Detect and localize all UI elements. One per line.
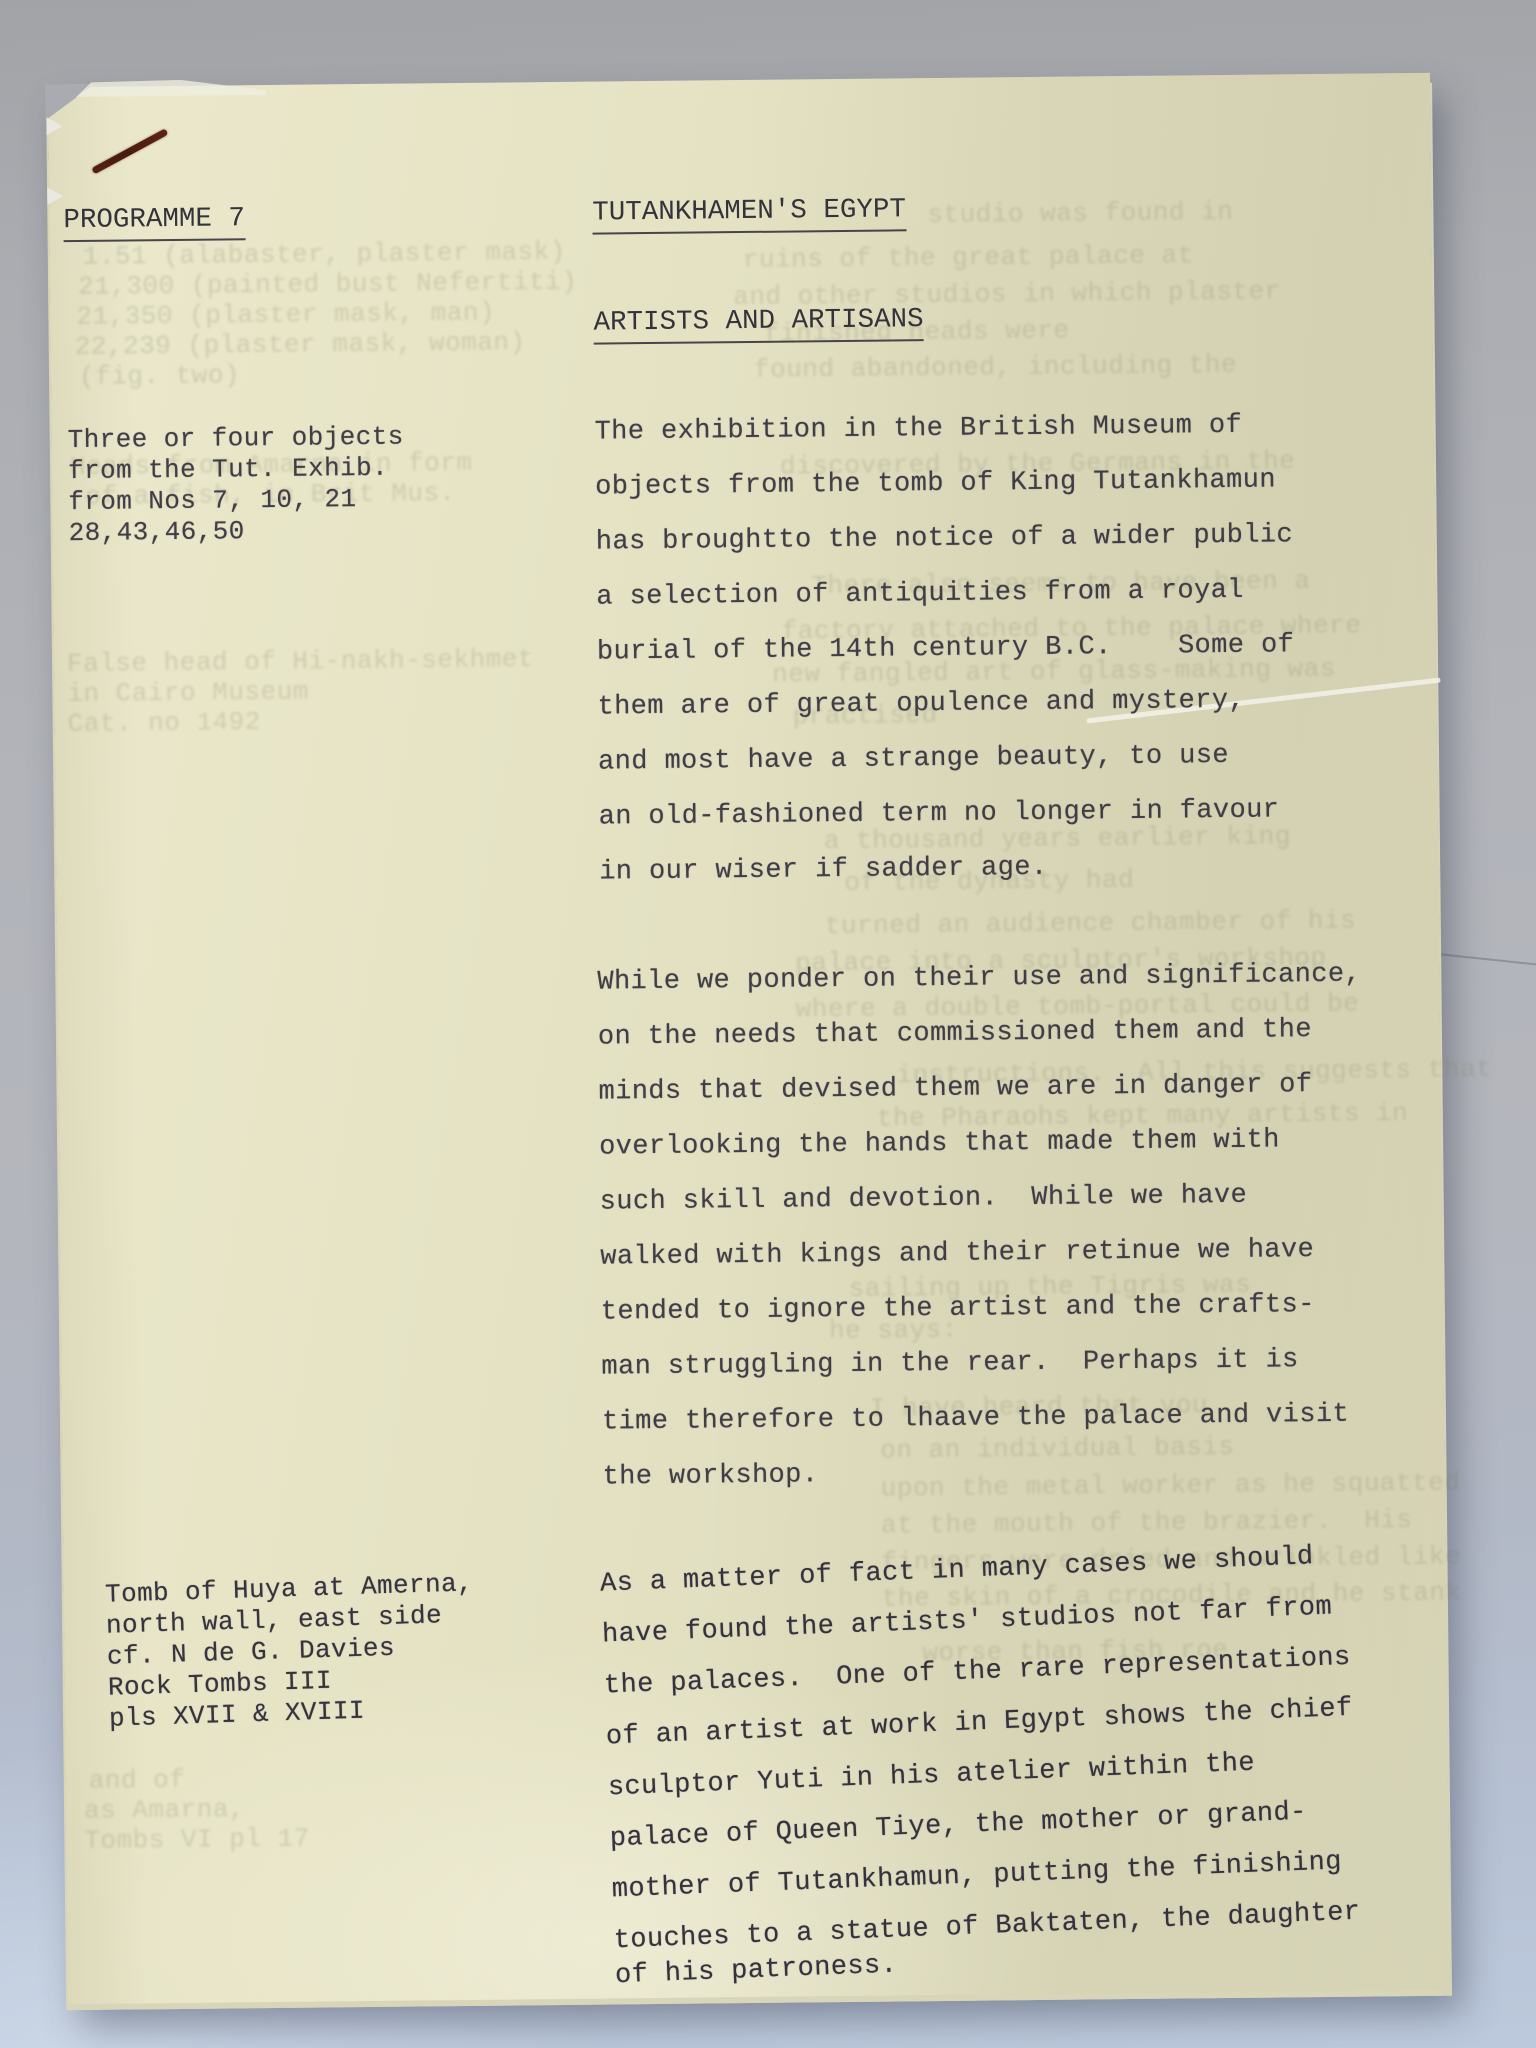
ghost-text-line: 22,239 (plaster mask, woman)	[75, 328, 526, 362]
typed-line: in our wiser if sadder age.	[599, 850, 1297, 912]
ghost-text-line: (fig. two)	[79, 361, 240, 392]
typed-line: walked with kings and their retinue we h…	[600, 1235, 1364, 1298]
typed-line: and most have a strange beauty, to use	[598, 740, 1296, 802]
ghost-text-line: found abandoned, including the	[754, 350, 1237, 384]
typed-line: time therefore to lhaave the palace and …	[602, 1400, 1366, 1463]
table-crease-line	[1428, 952, 1536, 966]
typed-line: from the Tut. Exhib.	[68, 453, 404, 488]
programme-heading-wrap: PROGRAMME 7	[63, 203, 245, 242]
typed-line: an old-fashioned term no longer in favou…	[599, 795, 1297, 857]
photo-background: 1.51 (alabaster, plaster mask)21,300 (pa…	[0, 0, 1536, 2048]
typed-line: man struggling in the rear. Perhaps it i…	[601, 1345, 1365, 1408]
ghost-text-line: 21,350 (plaster mask, man)	[76, 298, 495, 332]
ghost-text-line: Cat. no 1492	[68, 707, 262, 738]
margin-note-tomb-huya: Tomb of Huya at Amerna,north wall, east …	[105, 1568, 478, 1734]
typed-line: from Nos 7, 10, 21	[68, 484, 404, 519]
body-paragraph-2: While we ponder on their use and signifi…	[597, 960, 1366, 1518]
document-page: 1.51 (alabaster, plaster mask)21,300 (pa…	[48, 73, 1450, 2004]
left-edge-tear	[46, 117, 62, 135]
ghost-text-line: False head of Hi-nakh-sekhmet	[67, 645, 534, 679]
ghost-text-line: 21,300 (painted bust Nefertiti)	[78, 267, 577, 302]
typed-line: minds that devised them we are in danger…	[598, 1070, 1362, 1133]
ghost-text-line: as Amarna,	[84, 1795, 245, 1826]
typed-line: them are of great opulence and mystery,	[597, 685, 1295, 747]
body-paragraph-1: The exhibition in the British Museum ofo…	[594, 410, 1296, 912]
typed-line: burial of the 14th century B.C. Some of	[597, 630, 1295, 692]
section-title-wrap: ARTISTS AND ARTISANS	[593, 304, 923, 344]
ghost-text-line: Tombs VI pl 17	[84, 1824, 310, 1856]
typed-line: Three or four objects	[68, 422, 404, 457]
section-title: ARTISTS AND ARTISANS	[593, 304, 923, 344]
typed-line: While we ponder on their use and signifi…	[597, 960, 1361, 1023]
typed-line: 28,43,46,50	[69, 515, 405, 550]
left-edge-tear	[47, 187, 63, 205]
main-title: TUTANKHAMEN'S EGYPT	[592, 194, 906, 234]
typed-line: objects from the tomb of King Tutankhamu…	[595, 465, 1293, 527]
ghost-text-layer: 1.51 (alabaster, plaster mask)21,300 (pa…	[48, 73, 1430, 87]
typed-line: has broughtto the notice of a wider publ…	[596, 520, 1294, 582]
typed-line: tended to ignore the artist and the craf…	[601, 1290, 1365, 1353]
margin-note-exhibition-objects: Three or four objectsfrom the Tut. Exhib…	[68, 422, 405, 550]
torn-corner-fold	[76, 79, 266, 97]
typed-line: a selection of antiquities from a royal	[596, 575, 1294, 637]
typed-line: such skill and devotion. While we have	[600, 1180, 1364, 1243]
body-paragraph-3: As a matter of fact in many cases we sho…	[600, 1541, 1364, 2012]
typed-line: The exhibition in the British Museum of	[594, 410, 1292, 472]
typed-line: overlooking the hands that made them wit…	[599, 1125, 1363, 1188]
ghost-text-line: 1.51 (alabaster, plaster mask)	[83, 237, 566, 271]
programme-heading: PROGRAMME 7	[63, 203, 245, 242]
ghost-text-line: studio was found in	[927, 197, 1233, 230]
ghost-text-line: and of	[89, 1765, 186, 1795]
red-pencil-mark	[91, 128, 168, 174]
ghost-text-line: turned an audience chamber of his	[825, 906, 1357, 941]
main-title-wrap: TUTANKHAMEN'S EGYPT	[592, 194, 906, 234]
ghost-text-line: ruins of the great palace at	[743, 241, 1194, 275]
typed-line: the workshop.	[602, 1455, 1366, 1518]
typed-line: on the needs that commissioned them and …	[598, 1015, 1362, 1078]
ghost-text-line: in Cairo Museum	[67, 677, 309, 709]
